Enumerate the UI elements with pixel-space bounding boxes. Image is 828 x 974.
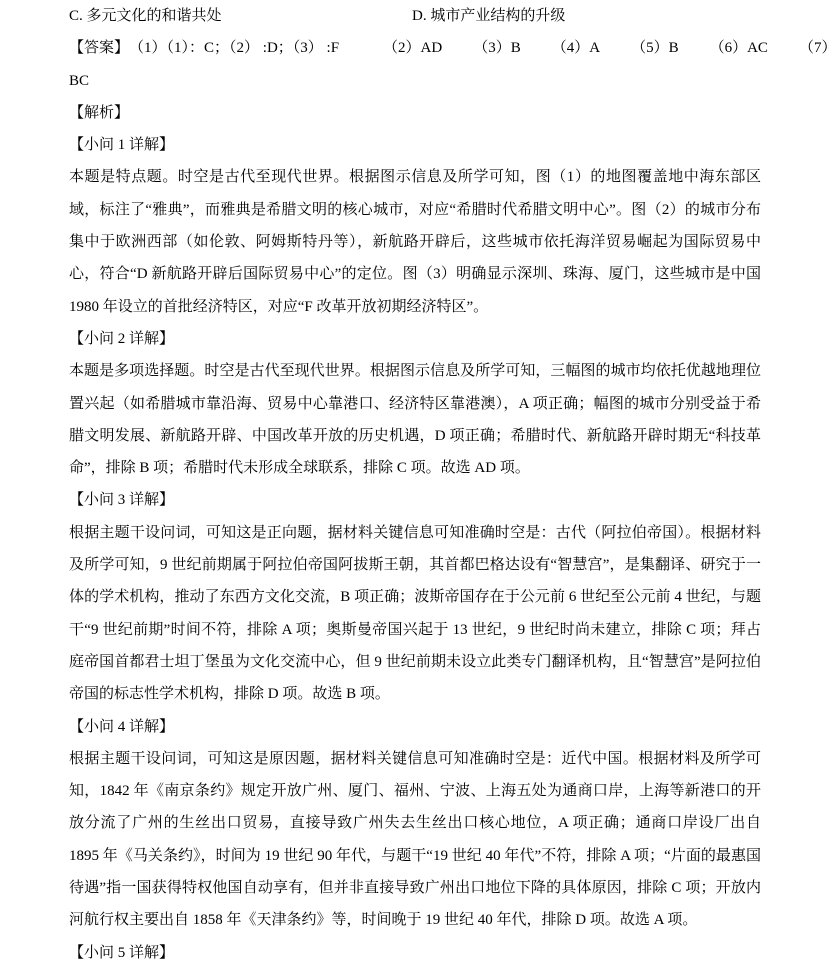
document-page: C. 多元文化的和谐共处 D. 城市产业结构的升级 【答案】（1）（1）：C；（… <box>0 0 828 974</box>
answer-part-5: （5）B <box>631 32 679 64</box>
section-body: 本题是多项选择题。时空是古代至现代世界。根据图示信息及所学可知，三幅图的城市均依… <box>69 355 761 484</box>
answer-part-2: （2）AD <box>383 32 442 64</box>
analysis-section-3: 【小问 3 详解】 根据主题干设问词，可知这是正向题，据材料关键信息可知准确时空… <box>69 484 761 710</box>
section-heading: 【小问 1 详解】 <box>69 129 761 161</box>
answer-part-4: （4）A <box>552 32 600 64</box>
analysis-section-4: 【小问 4 详解】 根据主题干设问词，可知这是原因题，据材料关键信息可知准确时空… <box>69 711 761 937</box>
section-body: 根据主题干设问词，可知这是原因题，据材料关键信息可知准确时空是：近代中国。根据材… <box>69 743 761 937</box>
answer-part-7: （7） <box>799 32 828 64</box>
answer-label: 【答案】 <box>69 32 129 64</box>
option-c: C. 多元文化的和谐共处 <box>69 0 412 32</box>
answer-part-1: （1）（1）：C；（2） :D；（3） :F <box>129 32 339 64</box>
section-body: 根据主题干设问词，可知这是正向题，据材料关键信息可知准确时空是：古代（阿拉伯帝国… <box>69 517 761 711</box>
answer-line: 【答案】（1）（1）：C；（2） :D；（3） :F（2）AD（3）B（4）A（… <box>69 32 761 64</box>
analysis-section-5: 【小问 5 详解】 <box>69 937 761 969</box>
option-row: C. 多元文化的和谐共处 D. 城市产业结构的升级 <box>69 0 761 32</box>
analysis-label: 【解析】 <box>69 97 761 129</box>
answer-continuation: BC <box>69 65 761 97</box>
analysis-section-1: 【小问 1 详解】 本题是特点题。时空是古代至现代世界。根据图示信息及所学可知，… <box>69 129 761 323</box>
section-heading: 【小问 4 详解】 <box>69 711 761 743</box>
analysis-section-2: 【小问 2 详解】 本题是多项选择题。时空是古代至现代世界。根据图示信息及所学可… <box>69 323 761 484</box>
answer-part-3: （3）B <box>473 32 521 64</box>
section-body: 本题是特点题。时空是古代至现代世界。根据图示信息及所学可知，图（1）的地图覆盖地… <box>69 161 761 322</box>
option-d: D. 城市产业结构的升级 <box>412 0 565 32</box>
section-heading: 【小问 2 详解】 <box>69 323 761 355</box>
section-heading: 【小问 3 详解】 <box>69 484 761 516</box>
section-heading: 【小问 5 详解】 <box>69 937 761 969</box>
answer-part-6: （6）AC <box>710 32 768 64</box>
